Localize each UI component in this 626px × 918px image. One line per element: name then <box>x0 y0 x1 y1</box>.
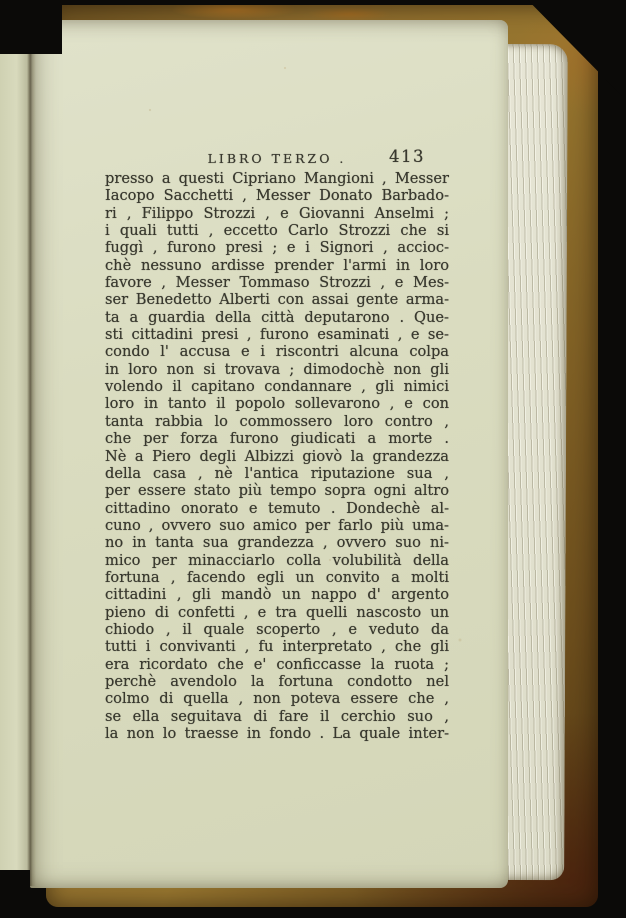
text-line: cittadini , gli mandò un nappo d' argent… <box>105 586 449 603</box>
text-line: era ricordato che e' conficcasse la ruot… <box>105 656 449 673</box>
gutter-crease <box>30 22 36 886</box>
text-line: mico per minacciarlo colla volubilità de… <box>105 552 449 569</box>
running-title: LIBRO TERZO . <box>208 151 347 166</box>
text-line: presso a questi Cipriano Mangioni , Mess… <box>105 170 449 187</box>
text-line: loro in tanto il popolo sollevarono , e … <box>105 395 449 412</box>
text-line: Iacopo Sacchetti , Messer Donato Barbado… <box>105 187 449 204</box>
text-line: della casa , nè l'antica riputazione sua… <box>105 465 449 482</box>
text-line: volendo il capitano condannare , gli nim… <box>105 378 449 395</box>
text-line: fuggì , furono presi ; e i Signori , acc… <box>105 239 449 256</box>
text-line: no in tanta sua grandezza , ovvero suo n… <box>105 534 449 551</box>
book-scan-photo: LIBRO TERZO . 413 presso a questi Cipria… <box>0 0 626 918</box>
text-line: pieno di confetti , e tra quelli nascost… <box>105 604 449 621</box>
text-line: se ella seguitava di fare il cerchio suo… <box>105 708 449 725</box>
body-text-column: presso a questi Cipriano Mangioni , Mess… <box>105 170 449 742</box>
text-line: ri , Filippo Strozzi , e Giovanni Anselm… <box>105 205 449 222</box>
text-line: la non lo traesse in fondo . La quale in… <box>105 725 449 742</box>
text-line: ser Benedetto Alberti con assai gente ar… <box>105 291 449 308</box>
text-line: colmo di quella , non poteva essere che … <box>105 690 449 707</box>
text-line: tanta rabbia lo commossero loro contro , <box>105 413 449 430</box>
text-line: tutti i convivanti , fu interpretato , c… <box>105 638 449 655</box>
text-line: chè nessuno ardisse prender l'armi in lo… <box>105 257 449 274</box>
text-line: per essere stato più tempo sopra ogni al… <box>105 482 449 499</box>
text-line: fortuna , facendo egli un convito a molt… <box>105 569 449 586</box>
text-line: in loro non si trovava ; dimodochè non g… <box>105 361 449 378</box>
text-line: Nè a Piero degli Albizzi giovò la grande… <box>105 448 449 465</box>
facing-page-sliver <box>0 52 30 870</box>
text-line: cittadino onorato e temuto . Dondechè al… <box>105 500 449 517</box>
page-number: 413 <box>389 147 425 166</box>
text-line: che per forza furono giudicati a morte . <box>105 430 449 447</box>
scanned-page: LIBRO TERZO . 413 presso a questi Cipria… <box>30 20 508 888</box>
text-line: condo l' accusa e i riscontri alcuna col… <box>105 343 449 360</box>
text-line: ta a guardia della città deputarono . Qu… <box>105 309 449 326</box>
text-line: i quali tutti , eccetto Carlo Strozzi ch… <box>105 222 449 239</box>
text-line: sti cittadini presi , furono esaminati ,… <box>105 326 449 343</box>
text-line: favore , Messer Tommaso Strozzi , e Mes- <box>105 274 449 291</box>
text-line: perchè avendolo la fortuna condotto nel <box>105 673 449 690</box>
text-line: chiodo , il quale scoperto , e veduto da <box>105 621 449 638</box>
photo-corner-top-left <box>0 0 62 54</box>
page-header: LIBRO TERZO . 413 <box>105 151 449 171</box>
text-line: cuno , ovvero suo amico per farlo più um… <box>105 517 449 534</box>
